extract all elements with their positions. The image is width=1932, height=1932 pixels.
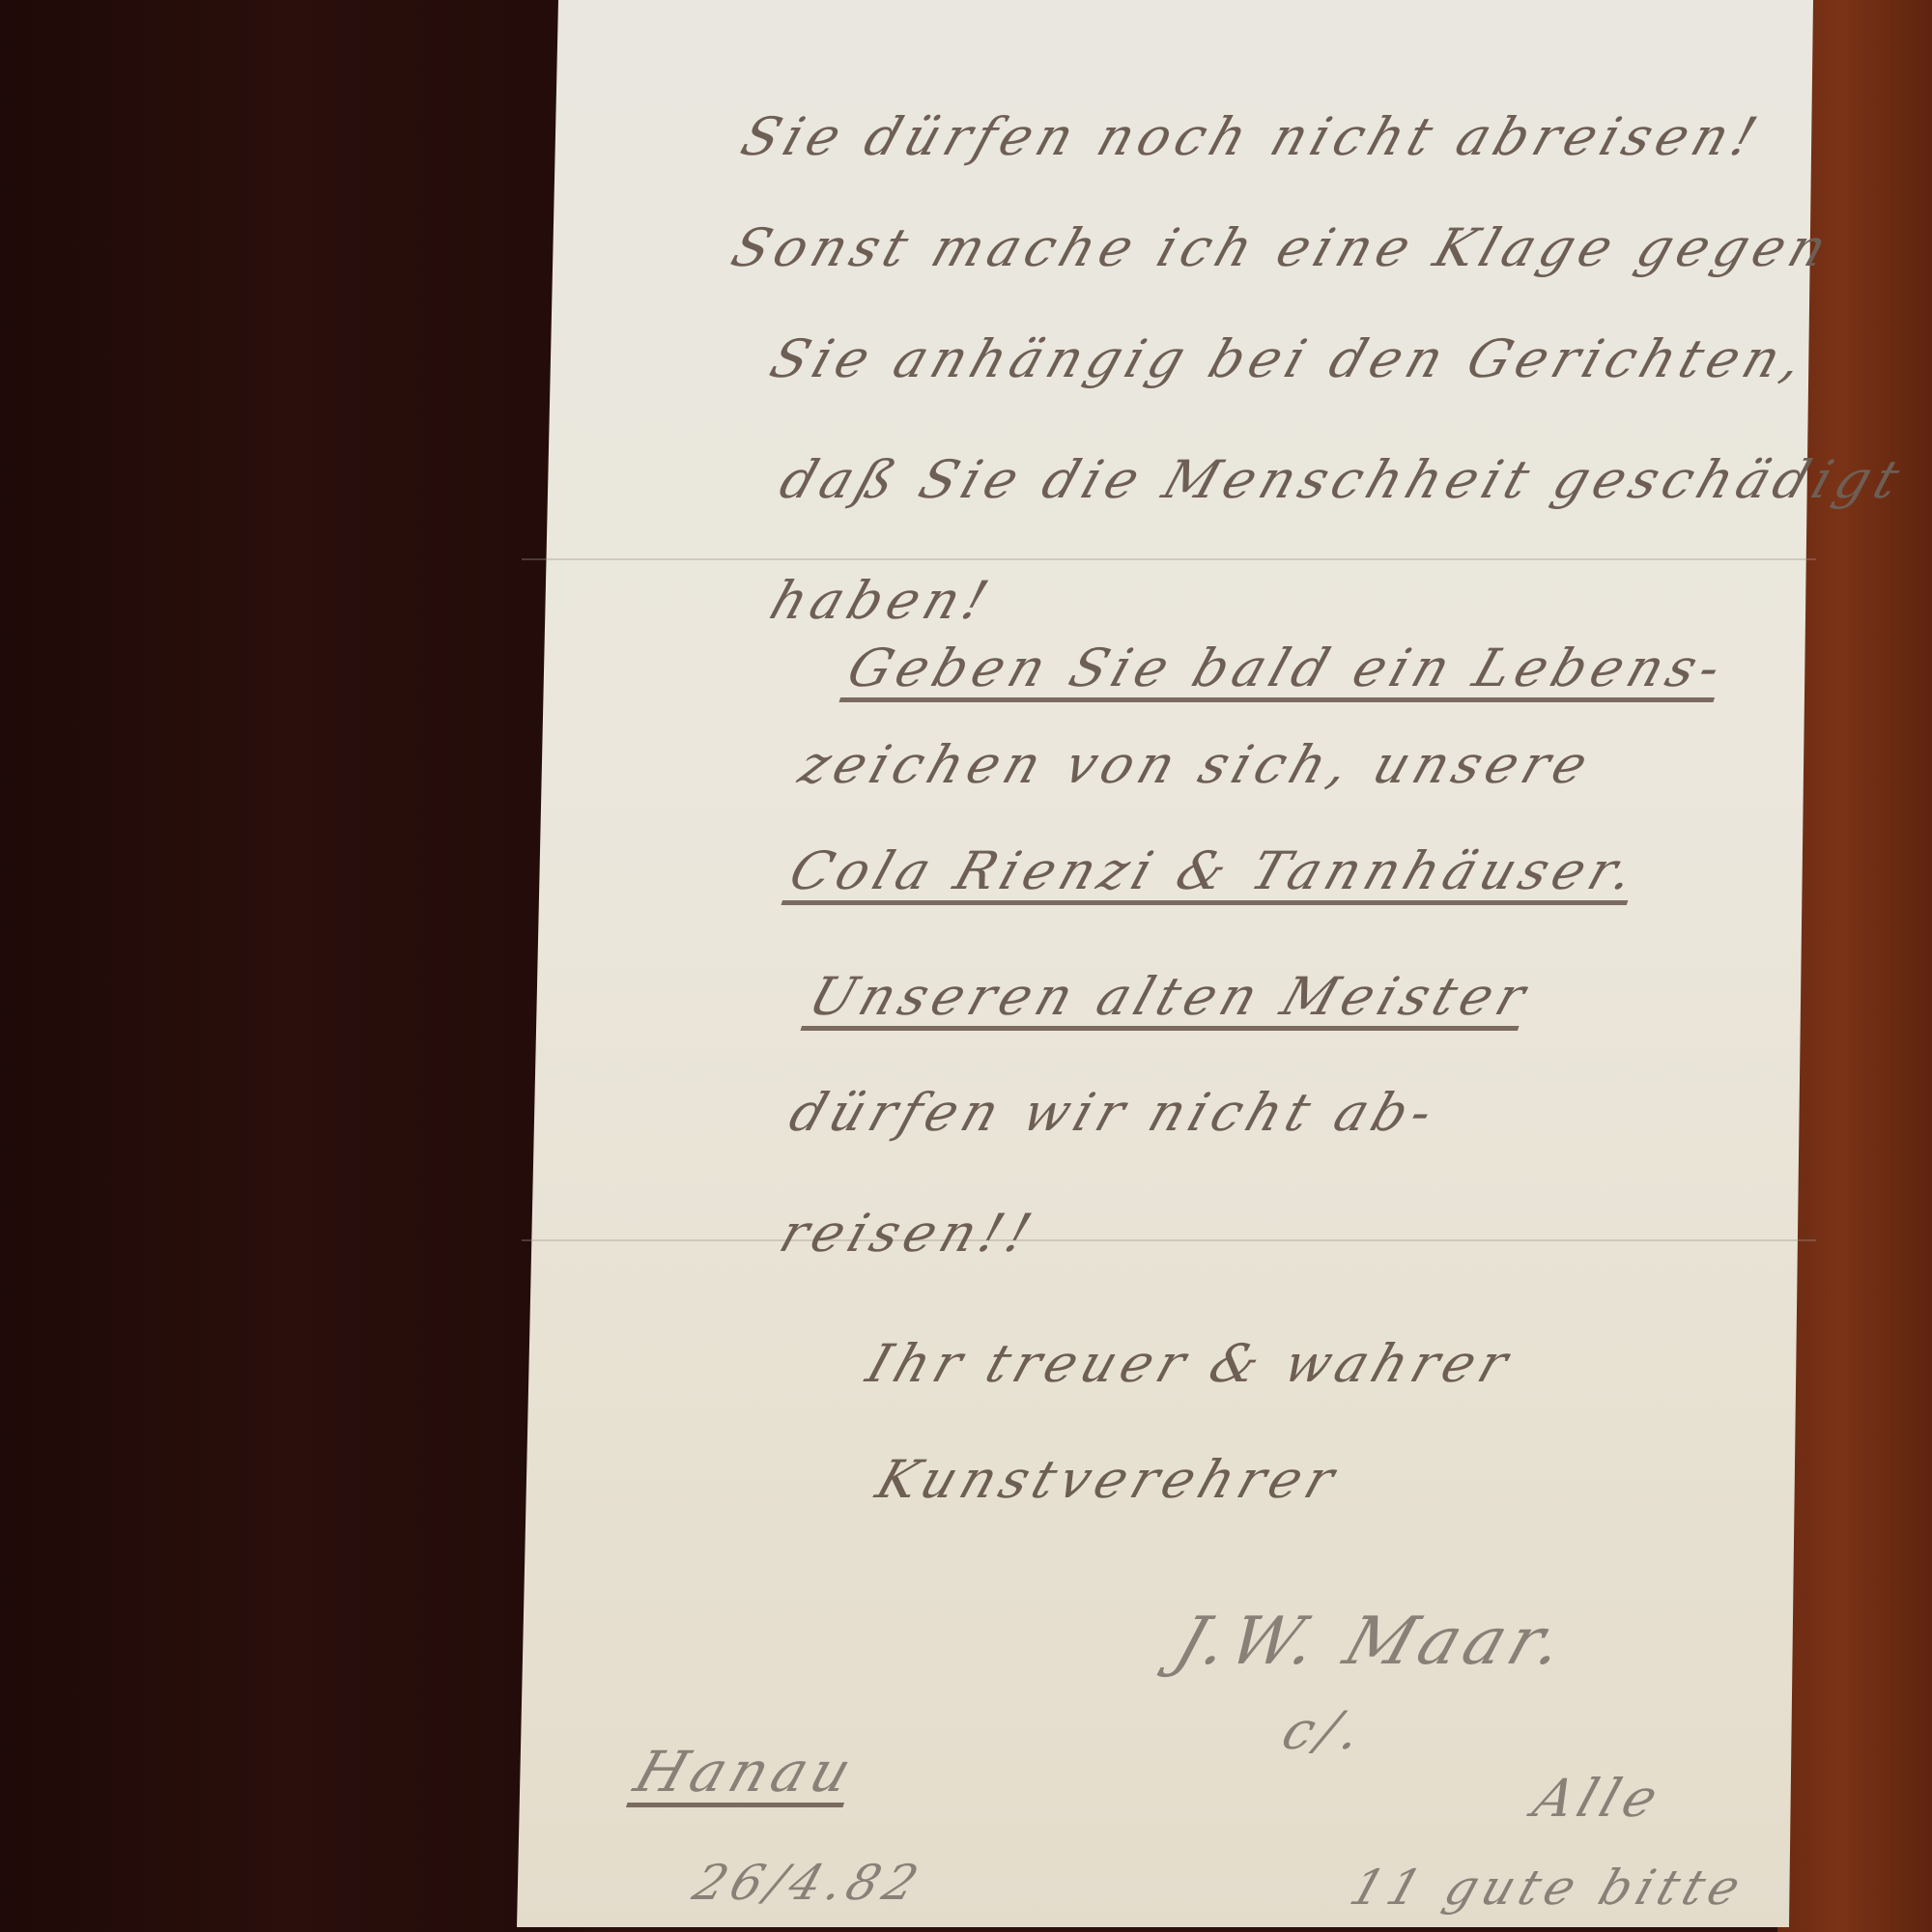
annotation-note-1: Alle — [1526, 1768, 1671, 1829]
letter-line-6: Geben Sie bald ein Lebens- — [840, 638, 1734, 698]
letter-line-9: Unseren alten Meister — [802, 966, 1539, 1027]
fold-line-lower — [522, 1239, 1816, 1241]
letter-line-11: reisen!! — [773, 1203, 1044, 1264]
annotation-place: Hanau — [627, 1739, 866, 1804]
letter-line-12: Ihr treuer & wahrer — [860, 1333, 1521, 1394]
letter-line-5: haben! — [763, 570, 1001, 631]
letter-line-2: Sonst mache ich eine Klage gegen — [724, 217, 1840, 278]
letter-line-4: daß Sie die Menschheit geschädigt — [773, 449, 1913, 510]
letter-line-13: Kunstverehrer — [869, 1449, 1348, 1510]
letter-line-1: Sie dürfen noch nicht abreisen! — [734, 106, 1770, 167]
signature: J.W. Maar. — [1166, 1604, 1579, 1680]
letter-line-7: zeichen von sich, unsere — [792, 734, 1601, 795]
annotation-note-2: 11 gute bitte — [1344, 1860, 1753, 1916]
letter-line-8: Cola Rienzi & Tannhäuser. — [782, 840, 1648, 901]
letter-line-3: Sie anhängig bei den Gerichten, — [763, 328, 1816, 389]
fold-line-upper — [522, 558, 1816, 560]
letter-line-10: dürfen wir nicht ab- — [782, 1082, 1446, 1143]
annotation-date: 26/4.82 — [687, 1855, 931, 1911]
